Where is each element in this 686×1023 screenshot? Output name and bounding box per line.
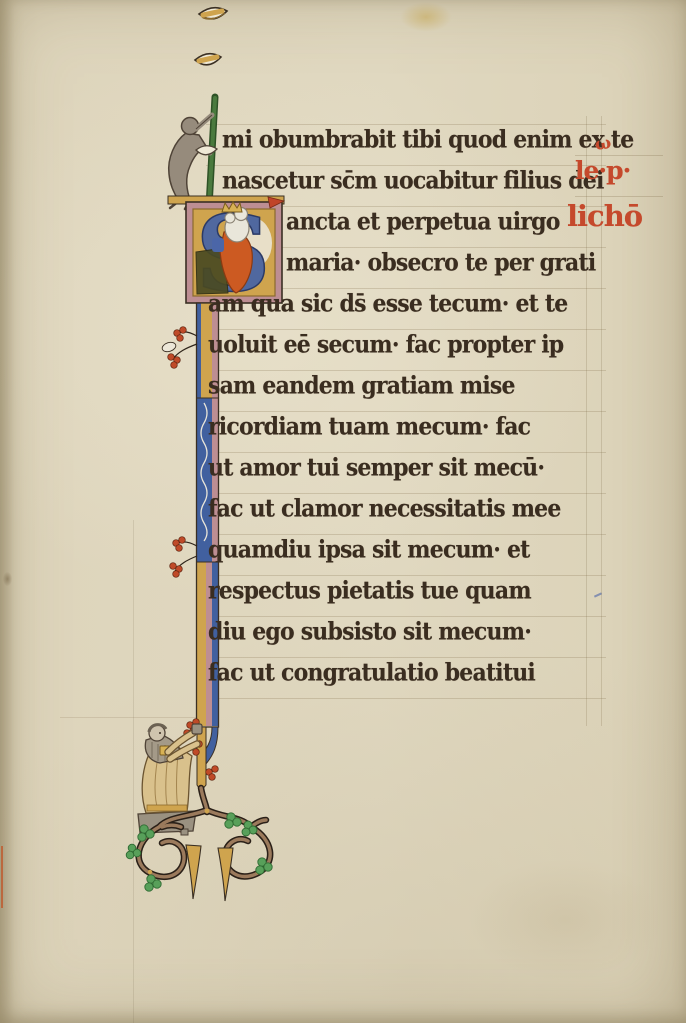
rubric-gloss-licho: lichō [567,199,642,233]
parchment-stain [400,2,452,32]
cup-icon [192,724,202,734]
text-line: quamdiu ipsa sit mecum· et [208,527,600,573]
gold-drop-icon [218,848,233,901]
text-line: uoluit eē secum· fac propter ip [208,322,600,368]
text-line: nascetur sc̄m uocabitur filius dei [208,158,600,204]
berry-sprig [173,332,197,571]
text-line: diu ego subsisto sit mecum· [208,609,600,655]
gold-drop-icon [186,845,201,899]
page-edge-mark [1,846,3,908]
parchment-stain [3,572,12,586]
kneeling-figure-marginalia [138,724,202,837]
falling-crescent-icon [199,8,227,20]
foliate-terminal [139,788,271,901]
text-line: fac ut congratulatio beatitui [208,650,600,696]
falling-crescent-icon [195,54,221,65]
manuscript-page: S [0,0,686,1023]
text-block: mi obumbrabit tibi quod enim ex te nasce… [208,120,600,694]
text-line: ut amor tui semper sit mecū· [208,445,600,491]
trefoil-leaves [126,813,272,891]
white-leaf-icon [161,341,177,354]
parchment-crease [133,520,134,1023]
text-line: am qua sic ds̄ esse tecum· et te [208,281,600,327]
stool [138,811,196,833]
text-line: mi obumbrabit tibi quod enim ex te [208,117,600,163]
parchment-stain [470,860,660,980]
rubric-gloss-le-p: le·p· [575,156,630,185]
text-line: sam eandem gratiam mise [208,363,600,409]
text-line: fac ut clamor necessitatis mee [208,486,600,532]
rubric-abbreviation-mark: ω [594,133,613,155]
text-line: respectus pietatis tue quam [208,568,600,614]
text-line: ancta et perpetua uirgo [208,199,600,245]
text-line: ricordiam tuam mecum· fac [208,404,600,450]
text-line: maria· obsecro te per grati [208,240,600,286]
